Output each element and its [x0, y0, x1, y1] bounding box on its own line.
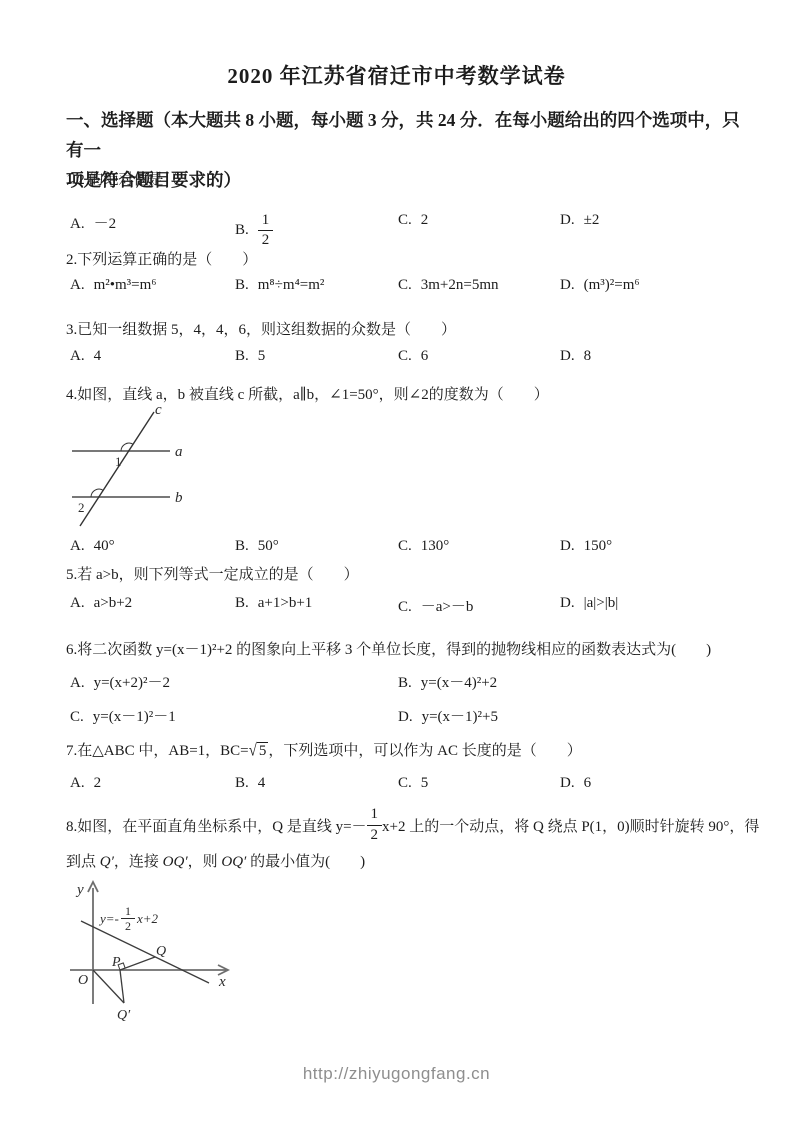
equation-frac-denominator: 2 [125, 919, 131, 933]
equation-prefix: y=- [98, 911, 119, 926]
question-6-options-row2: C.y=(x－1)²－1 D.y=(x－1)²+5 [0, 705, 793, 727]
q4-parallel-lines-figure: a b c 1 2 [60, 402, 195, 530]
q6-option-a: A.y=(x+2)²－2 [70, 671, 170, 692]
sqrt-radical: √5 [249, 743, 269, 760]
exam-document: 2020 年江苏省宿迁市中考数学试卷 一、选择题（本大题共 8 小题，每小题 3… [0, 0, 793, 1122]
q4-option-a: A.40° [70, 538, 115, 555]
q3-option-c: C.6 [398, 348, 428, 365]
function-line [81, 921, 209, 983]
q5-option-a: A.a>b+2 [70, 595, 132, 612]
q3-option-d: D.8 [560, 348, 591, 365]
question-4-options: A.40° B.50° C.130° D.150° [0, 538, 793, 560]
question-5-stem: 5.若 a>b，则下列等式一定成立的是（ ） [66, 563, 359, 584]
q6-option-b: B.y=(x－4)²+2 [398, 671, 497, 692]
question-4-stem: 4.如图，直线 a，b 被直线 c 所截，a∥b，∠1=50°，则∠2的度数为（… [66, 383, 549, 404]
transversal-line-c [80, 412, 154, 526]
q5-option-b: B.a+1>b+1 [235, 595, 312, 612]
section-heading-line1: 一、选择题（本大题共 8 小题，每小题 3 分，共 24 分．在每小题给出的四个… [66, 105, 742, 165]
question-6-stem: 6.将二次函数 y=(x－1)²+2 的图象向上平移 3 个单位长度，得到的抛物… [66, 638, 711, 659]
page-title: 2020 年江苏省宿迁市中考数学试卷 [0, 60, 793, 90]
y-axis-label: y [75, 882, 84, 898]
question-2-options: A.m²•m³=m⁶ B.m⁸÷m⁴=m² C.3m+2n=5mn D.(m³)… [0, 277, 793, 299]
origin-label: O [78, 973, 88, 988]
x-axis-label: x [218, 974, 226, 990]
question-8-stem-line2: 到点 Q′，连接 OQ′，则 OQ′ 的最小值为( ) [66, 850, 365, 871]
angle-1-label: 1 [115, 454, 122, 469]
q2-option-b: B.m⁸÷m⁴=m² [235, 277, 324, 294]
q7-option-b: B.4 [235, 775, 265, 792]
line-equation-label: y=- 1 2 x+2 [98, 904, 159, 933]
q7-option-a: A.2 [70, 775, 101, 792]
question-1-stem: 1.2 的绝对值是（ ） [66, 168, 224, 189]
line-a-label: a [175, 444, 183, 460]
question-2-stem: 2.下列运算正确的是（ ） [66, 248, 257, 269]
q1-option-a: A.－2 [70, 212, 116, 233]
q5-option-c: C.－a>－b [398, 595, 473, 616]
segment-oq-prime: OQ′ [221, 854, 246, 870]
point-p-label: P [111, 955, 121, 970]
segment-oq-prime: OQ′ [163, 854, 188, 870]
q6-option-d: D.y=(x－1)²+5 [398, 705, 498, 726]
q2-option-c: C.3m+2n=5mn [398, 277, 499, 294]
q5-option-d: D.|a|>|b| [560, 595, 618, 612]
q7-option-d: D.6 [560, 775, 591, 792]
fraction-one-half: 12 [367, 806, 383, 844]
q8-coordinate-figure: y x O P Q Q′ y=- 1 2 x+2 [58, 878, 243, 1030]
question-7-options: A.2 B.4 C.5 D.6 [0, 775, 793, 797]
question-3-stem: 3.已知一组数据 5，4，4，6，则这组数据的众数是（ ） [66, 318, 456, 339]
q1-option-d: D.±2 [560, 212, 599, 229]
point-q-prime-label: Q′ [117, 1008, 131, 1023]
equation-suffix: x+2 [136, 911, 159, 926]
q4-option-d: D.150° [560, 538, 612, 555]
angle-2-label: 2 [78, 500, 85, 515]
q4-option-b: B.50° [235, 538, 279, 555]
footer-url: http://zhiyugongfang.cn [0, 1064, 793, 1084]
segment-oq-prime [93, 970, 124, 1003]
question-6-options-row1: A.y=(x+2)²－2 B.y=(x－4)²+2 [0, 671, 793, 693]
question-3-options: A.4 B.5 C.6 D.8 [0, 348, 793, 370]
q1-option-b: B.12 [235, 212, 273, 250]
equation-frac-numerator: 1 [125, 904, 131, 918]
question-1-options: A.－2 B.12 C.2 D.±2 [0, 212, 793, 234]
line-c-label: c [155, 402, 162, 418]
line-b-label: b [175, 490, 183, 506]
question-8-stem-line1: 8.如图，在平面直角坐标系中，Q 是直线 y=－12 x+2 上的一个动点，将 … [66, 803, 759, 847]
q2-option-d: D.(m³)²=m⁶ [560, 277, 640, 294]
segment-pq-prime [120, 970, 124, 1003]
q4-option-c: C.130° [398, 538, 449, 555]
point-q-prime: Q′ [100, 854, 114, 870]
fraction-one-half: 12 [258, 212, 274, 250]
question-5-options: A.a>b+2 B.a+1>b+1 C.－a>－b D.|a|>|b| [0, 595, 793, 617]
q7-option-c: C.5 [398, 775, 428, 792]
point-q-label: Q [156, 944, 166, 959]
question-7-stem: 7.在△ABC 中，AB=1，BC=√5，下列选项中，可以作为 AC 长度的是（… [66, 739, 582, 760]
q3-option-b: B.5 [235, 348, 265, 365]
q1-option-c: C.2 [398, 212, 428, 229]
q2-option-a: A.m²•m³=m⁶ [70, 277, 157, 294]
q6-option-c: C.y=(x－1)²－1 [70, 705, 176, 726]
q3-option-a: A.4 [70, 348, 101, 365]
